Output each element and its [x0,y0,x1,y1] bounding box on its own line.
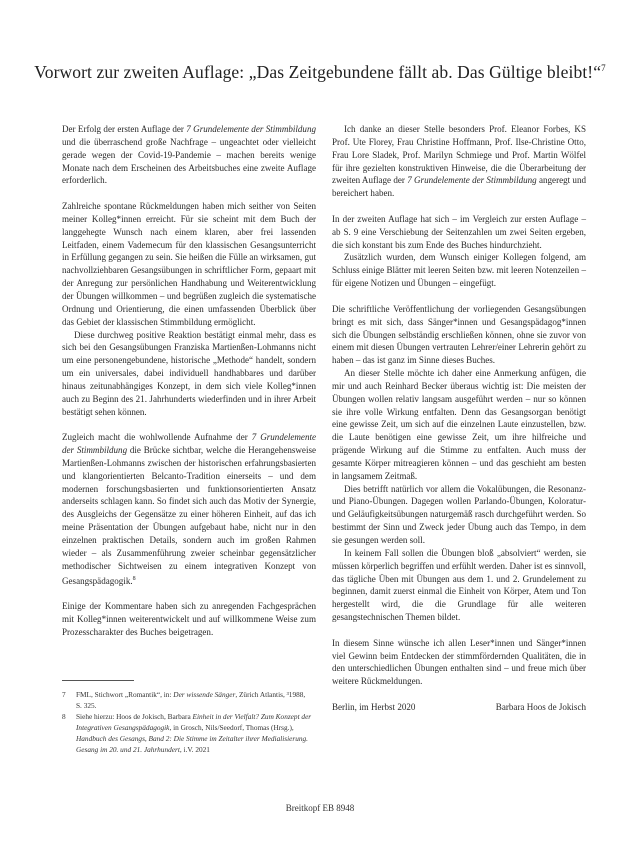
right-paragraph-5: An dieser Stelle möchte ich daher eine A… [332,367,586,483]
text: und die überraschend große Nachfrage – u… [62,137,316,186]
footnotes: 7 FML, Stichwort „Romantik“, in: Der wis… [62,689,312,755]
text: , in Grosch, Nils/Seedorf, Thomas (Hrsg.… [169,723,293,732]
footnote-divider [62,680,134,681]
footnote-ref-8: 8 [133,576,136,582]
right-column: Ich danke an dieser Stelle besonders Pro… [332,123,586,714]
right-paragraph-7: In keinem Fall sollen die Übungen bloß „… [332,547,586,624]
page-title-text: Vorwort zur zweiten Auflage: „Das Zeitge… [34,62,601,82]
page-title: Vorwort zur zweiten Auflage: „Das Zeitge… [0,62,640,83]
text: die Brücke sichtbar, welche die Herangeh… [62,445,316,585]
book-title: 7 Grundelemente der Stimm­bildung [186,124,316,134]
footnote-ref-7: 7 [601,63,606,73]
page-footer: Breitkopf EB 8948 [0,803,640,813]
left-paragraph-4: Zugleich macht die wohlwollende Aufnahme… [62,431,316,587]
left-paragraph-2: Zahlreiche spontane Rückmeldungen haben … [62,200,316,328]
right-paragraph-1: Ich danke an dieser Stelle besonders Pro… [332,123,586,200]
left-paragraph-5: Einige der Kommentare haben sich zu anre… [62,600,316,639]
right-paragraph-8: In diesem Sinne wünsche ich allen Leser*… [332,637,586,688]
text: Zugleich macht die wohlwollende Aufnahme… [62,432,252,442]
footnote-number: 7 [62,689,76,711]
citation-title: Der wissende Sänger [173,690,235,699]
footnote-8: 8 Siehe hierzu: Hoos de Jokisch, Barbara… [62,711,312,755]
footnote-number: 8 [62,711,76,755]
footnote-7: 7 FML, Stichwort „Romantik“, in: Der wis… [62,689,312,711]
place-date: Berlin, im Herbst 2020 [332,701,415,714]
book-title: 7 Grundelemente der Stimm­bildung [407,175,537,185]
text: Der Erfolg der ersten Auflage der [62,124,186,134]
text: , i.V. 2021 [180,745,210,754]
author-name: Barbara Hoos de Jokisch [496,701,586,714]
right-paragraph-4: Die schriftliche Veröffentlichung der vo… [332,303,586,367]
right-paragraph-2: In der zweiten Auflage hat sich – im Ver… [332,213,586,252]
left-column: Der Erfolg der ersten Auflage der 7 Grun… [62,123,316,639]
left-paragraph-3: Diese durchweg positive Reaktion bestäti… [62,329,316,419]
text: Siehe hierzu: Hoos de Jokisch, Barbara [76,712,193,721]
right-paragraph-3: Zusätzlich wurden, dem Wunsch einiger Ko… [332,251,586,290]
right-paragraph-6: Dies betrifft natürlich vor allem die Vo… [332,483,586,547]
text: FML, Stichwort „Romantik“, in: [76,690,173,699]
left-paragraph-1: Der Erfolg der ersten Auflage der 7 Grun… [62,123,316,187]
footnote-text: Siehe hierzu: Hoos de Jokisch, Barbara E… [76,711,312,755]
signature-line: Berlin, im Herbst 2020 Barbara Hoos de J… [332,701,586,714]
footnote-text: FML, Stichwort „Romantik“, in: Der wisse… [76,689,312,711]
